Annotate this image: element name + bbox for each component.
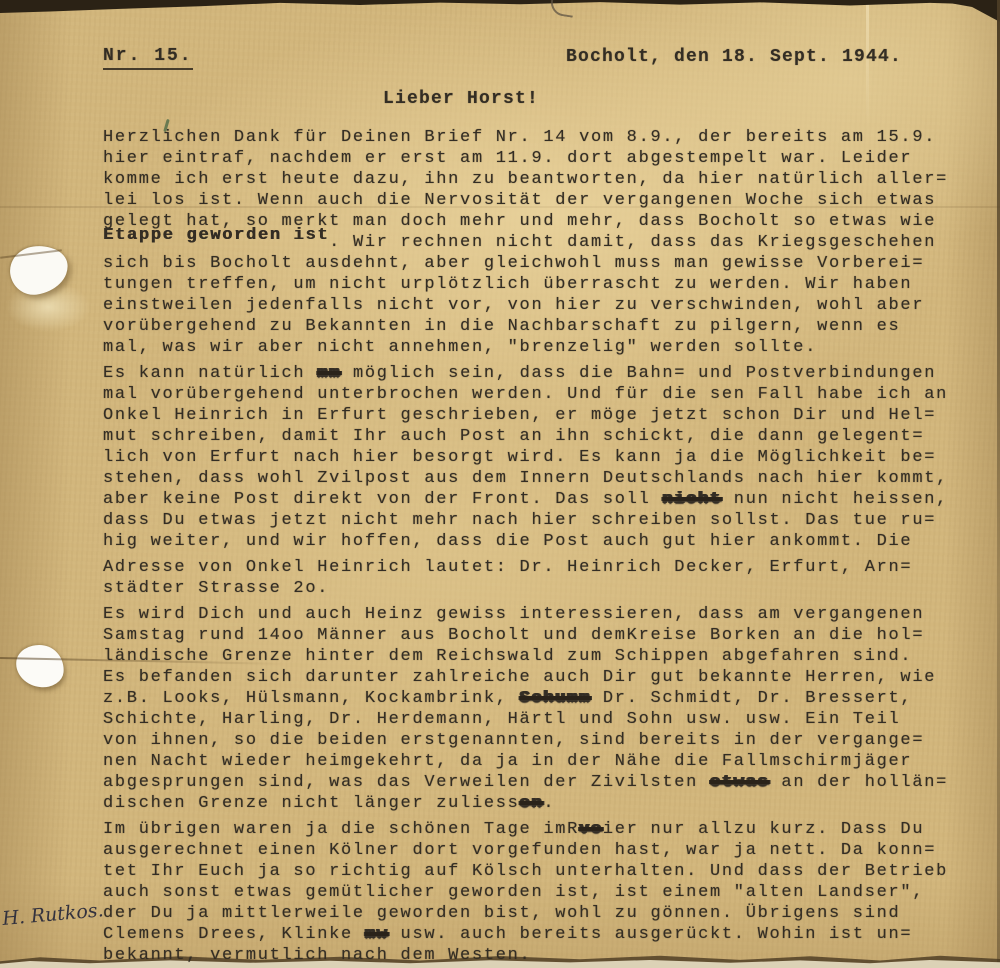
text-segment: von ihnen, so die beiden erstgenannten, … (103, 731, 924, 750)
text-segment: Es befanden sich darunter zahlreiche auc… (103, 668, 936, 687)
overtyped-text: ve (579, 820, 603, 839)
text-line: Onkel Heinrich in Erfurt geschrieben, er… (103, 405, 988, 426)
text-segment: möglich sein, dass die Bahn= und Postver… (341, 364, 936, 383)
text-segment: einstweilen jedenfalls nicht vor, von hi… (103, 296, 924, 315)
text-segment: . Wir rechnen nicht damit, dass das Krie… (329, 233, 936, 252)
text-line: einstweilen jedenfalls nicht vor, von hi… (103, 295, 988, 316)
text-segment: dischen Grenze nicht länger zuliess (103, 794, 520, 813)
text-segment: tungen treffen, um nicht urplötzlich übe… (103, 275, 912, 294)
text-segment: Es kann natürlich (103, 364, 317, 383)
text-line: mal vorübergehend unterbrochen werden. U… (103, 384, 988, 405)
text-line: z.B. Looks, Hülsmann, Kockambrink, Schum… (103, 688, 988, 709)
text-line: Clemens Drees, Klinke mw usw. auch berei… (103, 924, 988, 945)
overtyped-text: Etappe geworden ist (103, 226, 329, 245)
text-line: ausgerechnet einen Kölner dort vorgefund… (103, 840, 988, 861)
text-line: Es wird Dich und auch Heinz gewiss inter… (103, 604, 988, 625)
paragraph: Es wird Dich und auch Heinz gewiss inter… (103, 604, 988, 814)
text-line: ländische Grenze hinter dem Reichswald z… (103, 646, 988, 667)
text-line: Es befanden sich darunter zahlreiche auc… (103, 667, 988, 688)
text-segment: Onkel Heinrich in Erfurt geschrieben, er… (103, 406, 936, 425)
text-line: dischen Grenze nicht länger zuliessen. (103, 793, 988, 814)
text-segment: usw. auch bereits ausgerückt. Wohin ist … (389, 925, 913, 944)
torn-hole-middle-left (14, 643, 65, 689)
text-segment: ausgerechnet einen Kölner dort vorgefund… (103, 841, 936, 860)
overtyped-text: mw (365, 925, 389, 944)
text-segment: bekannt, vermutlich nach dem Westen. (103, 946, 531, 965)
overtyped-text: Schumm (520, 689, 591, 708)
text-segment: ländische Grenze hinter dem Reichswald z… (103, 647, 912, 666)
text-line: Schichte, Harling, Dr. Herdemann, Härtl … (103, 709, 988, 730)
text-segment: Es wird Dich und auch Heinz gewiss inter… (103, 605, 924, 624)
text-segment: nun nicht heissen, (722, 490, 948, 509)
text-segment: auch sonst etwas gemütlicher geworden is… (103, 883, 924, 902)
text-segment: ier nur allzu kurz. Dass Du (603, 820, 924, 839)
text-line: von ihnen, so die beiden erstgenannten, … (103, 730, 988, 751)
text-segment: Clemens Drees, Klinke (103, 925, 365, 944)
text-segment: städter Strasse 2o. (103, 579, 329, 598)
overtyped-text: etwas (710, 773, 770, 792)
text-segment: lei los ist. Wenn auch die Nervosität de… (103, 191, 936, 210)
text-segment: an der hollän= (770, 773, 949, 792)
text-line: stehen, dass wohl Zvilpost aus dem Inner… (103, 468, 988, 489)
text-line: städter Strasse 2o. (103, 578, 988, 599)
text-segment: dass Du etwas jetzt nicht mehr nach hier… (103, 511, 936, 530)
text-segment: Schichte, Harling, Dr. Herdemann, Härtl … (103, 710, 900, 729)
text-line: vorübergehend zu Bekannten in die Nachba… (103, 316, 988, 337)
text-line: Etappe geworden ist. Wir rechnen nicht d… (103, 232, 988, 253)
text-line: Samstag rund 14oo Männer aus Bocholt und… (103, 625, 988, 646)
text-segment: komme ich erst heute dazu, ihn zu beantw… (103, 170, 948, 189)
text-line: komme ich erst heute dazu, ihn zu beantw… (103, 169, 988, 190)
text-line: tungen treffen, um nicht urplötzlich übe… (103, 274, 988, 295)
letter-number: Nr. 15. (103, 46, 193, 70)
text-segment: vorübergehend zu Bekannten in die Nachba… (103, 317, 900, 336)
text-line: lei los ist. Wenn auch die Nervosität de… (103, 190, 988, 211)
text-line: sich bis Bocholt ausdehnt, aber gleichwo… (103, 253, 988, 274)
text-segment: stehen, dass wohl Zvilpost aus dem Inner… (103, 469, 948, 488)
text-segment: sich bis Bocholt ausdehnt, aber gleichwo… (103, 254, 924, 273)
text-segment: mut schreiben, damit Ihr auch Post an ih… (103, 427, 924, 446)
text-segment: tet Ihr Euch ja so richtig auf Kölsch un… (103, 862, 948, 881)
text-line: Es kann natürlich mm möglich sein, dass … (103, 363, 988, 384)
text-line: Im übrigen waren ja die schönen Tage imR… (103, 819, 988, 840)
text-segment: mal vorübergehend unterbrochen werden. U… (103, 385, 948, 404)
text-segment: Adresse von Onkel Heinrich lautet: Dr. H… (103, 558, 912, 577)
text-line: hig weiter, und wir hoffen, dass die Pos… (103, 531, 988, 552)
text-segment: Herzlichen Dank für Deinen Brief Nr. 14 … (103, 128, 936, 147)
overtyped-text: mm (317, 364, 341, 383)
overtyped-text: nicht (662, 490, 722, 509)
text-segment: hier eintraf, nachdem er erst am 11.9. d… (103, 149, 912, 168)
letter-body: Herzlichen Dank für Deinen Brief Nr. 14 … (103, 127, 988, 968)
text-line: mal, was wir aber nicht annehmen, "brenz… (103, 337, 988, 358)
text-line: auch sonst etwas gemütlicher geworden is… (103, 882, 988, 903)
text-segment: . (543, 794, 555, 813)
paragraph: Im übrigen waren ja die schönen Tage imR… (103, 819, 988, 966)
text-segment: mal, was wir aber nicht annehmen, "brenz… (103, 338, 817, 357)
paper-curl-mark (549, 0, 575, 18)
text-segment: der Du ja mittlerweile geworden bist, wo… (103, 904, 900, 923)
dateline: Bocholt, den 18. Sept. 1944. (566, 47, 902, 67)
text-line: hier eintraf, nachdem er erst am 11.9. d… (103, 148, 988, 169)
text-line: bekannt, vermutlich nach dem Westen. (103, 945, 988, 966)
paragraph: Herzlichen Dank für Deinen Brief Nr. 14 … (103, 127, 988, 358)
text-line: der Du ja mittlerweile geworden bist, wo… (103, 903, 988, 924)
text-line: mut schreiben, damit Ihr auch Post an ih… (103, 426, 988, 447)
overtyped-text: en (520, 794, 544, 813)
text-segment: abgesprungen sind, was das Verweilen der… (103, 773, 710, 792)
text-segment: Dr. Schmidt, Dr. Bressert, (591, 689, 912, 708)
paragraph: Es kann natürlich mm möglich sein, dass … (103, 363, 988, 552)
text-segment: hig weiter, und wir hoffen, dass die Pos… (103, 532, 912, 551)
text-line: dass Du etwas jetzt nicht mehr nach hier… (103, 510, 988, 531)
salutation: Lieber Horst! (383, 89, 539, 109)
text-segment: Samstag rund 14oo Männer aus Bocholt und… (103, 626, 924, 645)
torn-edge-top (0, 0, 1000, 13)
text-line: abgesprungen sind, was das Verweilen der… (103, 772, 988, 793)
paragraph: Adresse von Onkel Heinrich lautet: Dr. H… (103, 557, 988, 599)
text-line: tet Ihr Euch ja so richtig auf Kölsch un… (103, 861, 988, 882)
text-segment: Im übrigen waren ja die schönen Tage imR (103, 820, 579, 839)
text-segment: lich von Erfurt nach hier besorgt wird. … (103, 448, 936, 467)
text-segment: z.B. Looks, Hülsmann, Kockambrink, (103, 689, 520, 708)
text-segment: nen Nacht wieder heimgekehrt, da ja in d… (103, 752, 912, 771)
text-line: lich von Erfurt nach hier besorgt wird. … (103, 447, 988, 468)
text-line: Herzlichen Dank für Deinen Brief Nr. 14 … (103, 127, 988, 148)
text-segment: aber keine Post direkt von der Front. Da… (103, 490, 662, 509)
text-line: nen Nacht wieder heimgekehrt, da ja in d… (103, 751, 988, 772)
text-line: Adresse von Onkel Heinrich lautet: Dr. H… (103, 557, 988, 578)
letter-scan-page: Nr. 15. Bocholt, den 18. Sept. 1944. Lie… (0, 0, 1000, 968)
text-line: aber keine Post direkt von der Front. Da… (103, 489, 988, 510)
